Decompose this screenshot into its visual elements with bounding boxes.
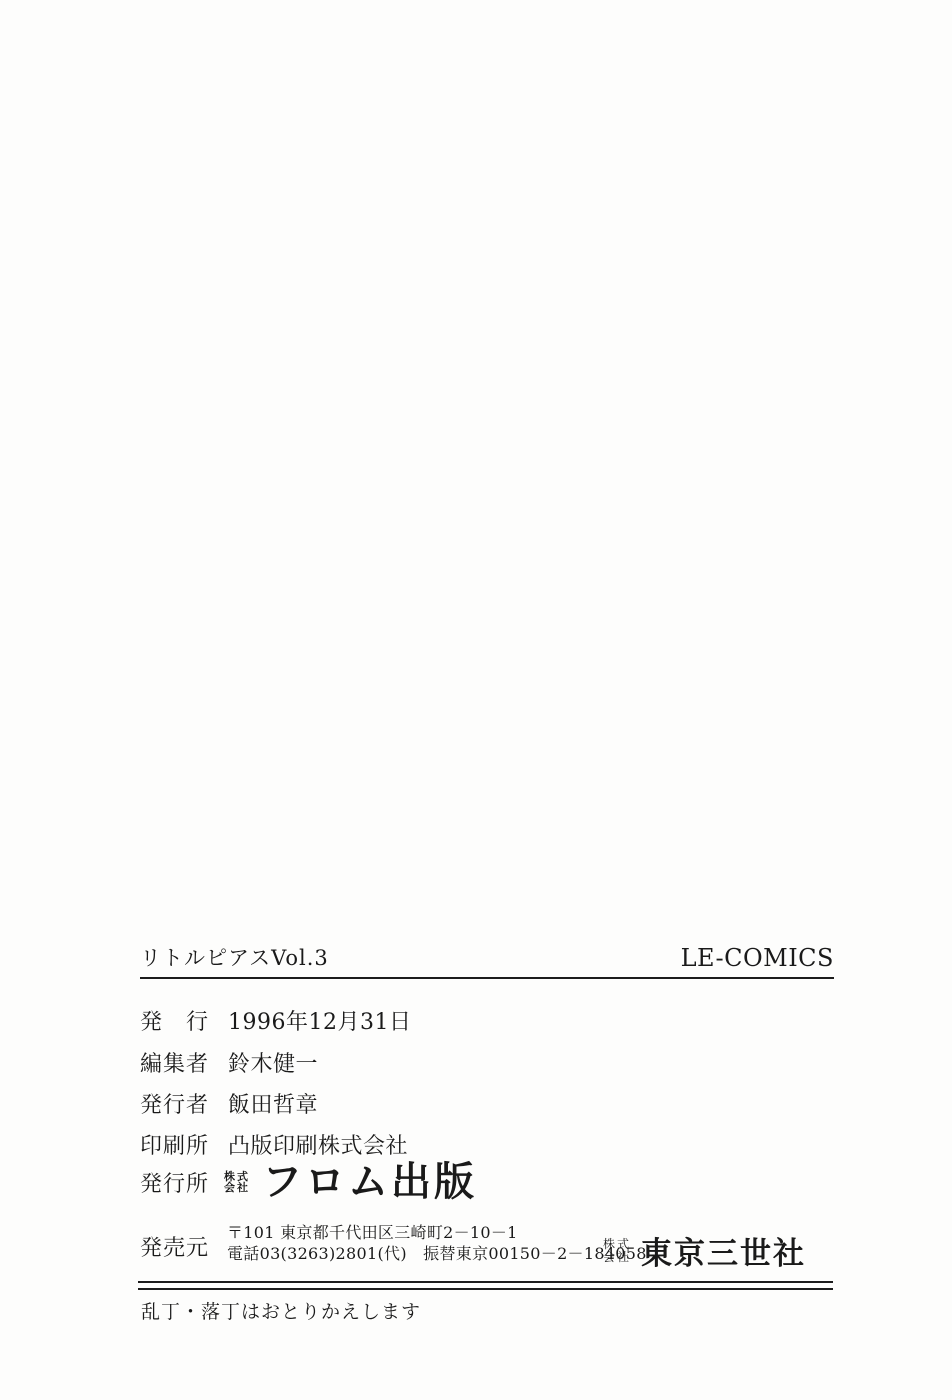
imprint-label: LE-COMICS <box>681 944 834 972</box>
title-bar: リトルピアスVol.3 LE-COMICS <box>140 942 834 972</box>
credit-value: 1996年12月31日 <box>228 1005 411 1036</box>
publisher-corp-type: 株式 会社 <box>224 1171 250 1193</box>
credit-label: 編集者 <box>140 1047 228 1078</box>
credit-value: 鈴木健一 <box>228 1047 318 1078</box>
postal-address-line: 〒101 東京都千代田区三崎町2－10－1 <box>227 1223 518 1242</box>
distributor-row: 発売元 〒101 東京都千代田区三崎町2－10－1 電話03(3263)2801… <box>140 1220 834 1272</box>
corp-type-line2: 会社 <box>224 1182 250 1193</box>
corp-type-line2: 会社 <box>603 1251 631 1264</box>
distributor-corp: 株式 会社 東京三世社 <box>603 1228 806 1273</box>
credit-value: 飯田哲章 <box>228 1088 318 1119</box>
footer-double-rule <box>138 1281 833 1290</box>
distributor-address: 〒101 東京都千代田区三崎町2－10－1 電話03(3263)2801(代) … <box>227 1222 647 1264</box>
credit-value: 凸版印刷株式会社 <box>228 1129 408 1160</box>
credit-row-issuer: 発行者 飯田哲章 <box>140 1088 318 1119</box>
book-title: リトルピアスVol.3 <box>140 942 329 972</box>
corp-type-line1: 株式 <box>603 1238 631 1251</box>
header-rule <box>140 977 834 979</box>
distributor-label: 発売元 <box>140 1231 209 1262</box>
publisher-label: 発行所 <box>140 1167 224 1198</box>
credit-label: 印刷所 <box>140 1129 228 1160</box>
credit-label: 発 行 <box>140 1005 228 1036</box>
defect-exchange-note: 乱丁・落丁はおとりかえします <box>141 1297 421 1324</box>
credit-row-published: 発 行 1996年12月31日 <box>140 1005 411 1036</box>
distributor-corp-type: 株式 会社 <box>603 1238 631 1264</box>
phone-transfer-line: 電話03(3263)2801(代) 振替東京00150－2－184058 <box>227 1244 647 1263</box>
publisher-row: 発行所 株式 会社 フロム出版 <box>140 1160 477 1204</box>
distributor-name: 東京三世社 <box>641 1228 806 1273</box>
credit-row-editor: 編集者 鈴木健一 <box>140 1047 318 1078</box>
publisher-name: フロム出版 <box>262 1160 477 1204</box>
credit-label: 発行者 <box>140 1088 228 1119</box>
colophon-page: リトルピアスVol.3 LE-COMICS 発 行 1996年12月31日 編集… <box>0 0 952 1400</box>
credit-row-printer: 印刷所 凸版印刷株式会社 <box>140 1129 408 1160</box>
